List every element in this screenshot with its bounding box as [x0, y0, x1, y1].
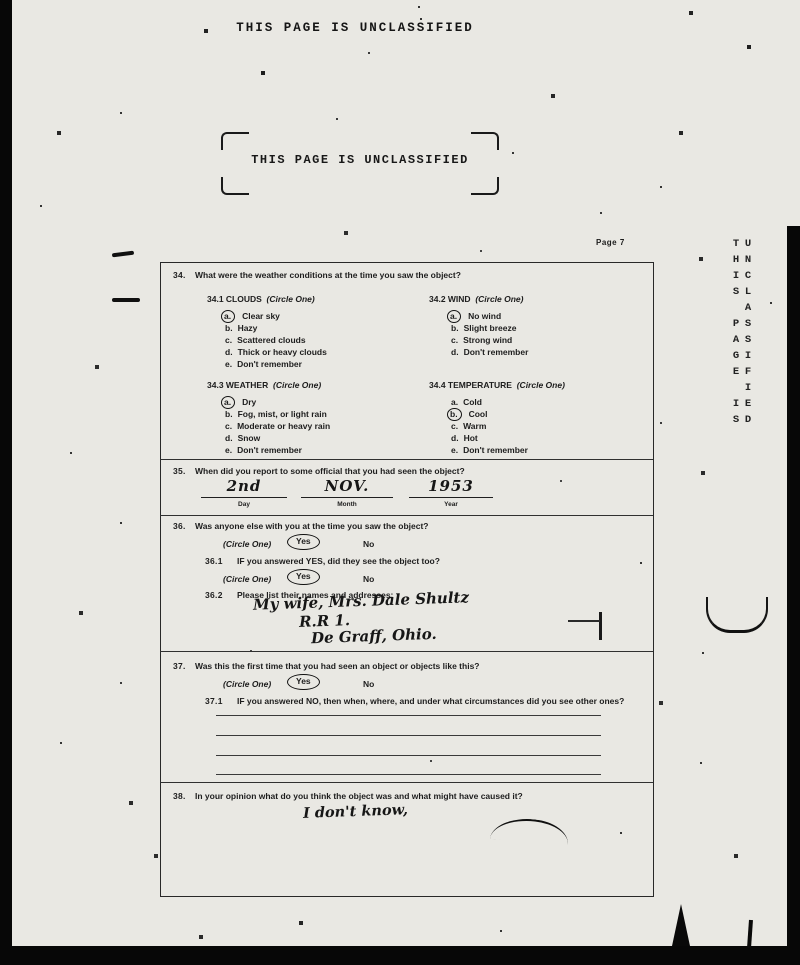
q37-circle-one-note: (Circle One) [223, 679, 271, 689]
option-letter: e. [225, 445, 232, 455]
q35-day-field: 2nd [201, 477, 287, 498]
page-number: Page 7 [596, 238, 625, 247]
side-unclassified-banner: THIS PAGE IS UNCLASSIFIED [730, 238, 754, 628]
option-text: Cool [469, 409, 488, 419]
option-temp-d: d.Hot [451, 433, 478, 443]
q35-text: When did you report to some official tha… [195, 466, 465, 476]
circle-one-note: (Circle One) [475, 294, 523, 304]
stray-pen-stroke [490, 815, 570, 847]
option-weather-b: b.Fog, mist, or light rain [225, 409, 327, 419]
option-text: Don't remember [237, 445, 302, 455]
margin-dash-mark [112, 298, 140, 302]
option-clouds-d: d.Thick or heavy clouds [225, 347, 327, 357]
q37-1-answer-line [216, 735, 601, 736]
option-wind-b: b.Slight breeze [451, 323, 516, 333]
option-temp-b: b.Cool [451, 409, 487, 420]
unclassified-stamp: THIS PAGE IS UNCLASSIFIED [221, 132, 499, 195]
option-text: Scattered clouds [237, 335, 306, 345]
option-letter: b. [451, 323, 459, 333]
option-weather-c: c.Moderate or heavy rain [225, 421, 330, 431]
option-text: Fog, mist, or light rain [238, 409, 327, 419]
q34-1-clouds-label: 34.1 CLOUDS (Circle One) [207, 294, 315, 304]
q34-2-wind-label: 34.2 WIND (Circle One) [429, 294, 524, 304]
option-text: Cold [463, 397, 482, 407]
option-letter: e. [225, 359, 232, 369]
option-text: Hazy [238, 323, 258, 333]
option-weather-e: e.Don't remember [225, 445, 302, 455]
q38-text: In your opinion what do you think the ob… [195, 791, 523, 801]
option-text: Don't remember [464, 347, 529, 357]
scan-blotch-bar [747, 920, 753, 948]
scan-edge-right [787, 226, 800, 965]
q35-day-handwriting: 2nd [227, 477, 262, 495]
option-letter: d. [225, 347, 233, 357]
option-text: No wind [468, 311, 501, 321]
q36-no: No [363, 539, 374, 549]
option-wind-c: c.Strong wind [451, 335, 512, 345]
option-letter-circled: a. [221, 310, 235, 323]
circle-one-note: (Circle One) [517, 380, 565, 390]
q38-number: 38. [173, 791, 186, 801]
option-text: Slight breeze [464, 323, 517, 333]
q36-1-number: 36.1 [205, 556, 223, 566]
scanned-document-page: THIS PAGE IS UNCLASSIFIED THIS PAGE IS U… [0, 0, 800, 965]
q36-1-text: IF you answered YES, did they see the ob… [237, 556, 440, 566]
option-temp-a: a.Cold [451, 397, 482, 407]
option-text: Thick or heavy clouds [238, 347, 327, 357]
section-divider [160, 459, 653, 460]
option-clouds-c: c.Scattered clouds [225, 335, 306, 345]
stamp-text: THIS PAGE IS UNCLASSIFIED [221, 153, 499, 167]
q36-2-number: 36.2 [205, 590, 223, 600]
option-text: Don't remember [237, 359, 302, 369]
option-clouds-b: b.Hazy [225, 323, 257, 333]
option-text: Snow [238, 433, 261, 443]
q35-month-field: NOV. [301, 477, 393, 498]
option-letter: c. [451, 335, 458, 345]
option-wind-a: a.No wind [451, 311, 501, 322]
q36-1-no: No [363, 574, 374, 584]
option-temp-e: e.Don't remember [451, 445, 528, 455]
option-letter: b. [225, 323, 233, 333]
q35-month-label: Month [301, 501, 393, 508]
q35-year-field: 1953 [409, 477, 493, 498]
option-letter-circled: a. [221, 396, 235, 409]
q36-1-yes-circled: Yes [287, 569, 320, 585]
q34-text: What were the weather conditions at the … [195, 270, 461, 280]
option-weather-d: d.Snow [225, 433, 260, 443]
q35-number: 35. [173, 466, 186, 476]
option-letter: e. [451, 445, 458, 455]
q35-day-label: Day [201, 501, 287, 508]
stamp-corner [471, 177, 499, 195]
circle-one-note: (Circle One) [273, 380, 321, 390]
scan-noise-speckles [0, 0, 2, 2]
q37-1-answer-line [216, 755, 601, 756]
top-unclassified-banner: THIS PAGE IS UNCLASSIFIED [110, 21, 600, 35]
q35-month-handwriting: NOV. [325, 477, 370, 495]
option-letter: d. [451, 347, 459, 357]
option-text: Warm [463, 421, 486, 431]
q37-yes-circled: Yes [287, 674, 320, 690]
q36-number: 36. [173, 521, 186, 531]
stamp-corner [221, 132, 249, 150]
label: 34.3 WEATHER [207, 380, 268, 390]
q36-text: Was anyone else with you at the time you… [195, 521, 428, 531]
margin-dash-mark [112, 251, 134, 258]
option-letter: c. [225, 421, 232, 431]
stamp-corner [471, 132, 499, 150]
section-divider [160, 515, 653, 516]
label: 34.2 WIND [429, 294, 471, 304]
q37-1-number: 37.1 [205, 696, 223, 706]
option-temp-c: c.Warm [451, 421, 486, 431]
option-letter-circled: a. [447, 310, 461, 323]
q34-3-weather-label: 34.3 WEATHER (Circle One) [207, 380, 321, 390]
q34-4-temperature-label: 34.4 TEMPERATURE (Circle One) [429, 380, 565, 390]
option-letter: a. [451, 397, 458, 407]
q35-year-handwriting: 1953 [428, 477, 474, 495]
q34-number: 34. [173, 270, 186, 280]
q38-handwriting: I don't know, [303, 801, 409, 822]
option-letter: c. [451, 421, 458, 431]
questionnaire-form: 34. What were the weather conditions at … [160, 262, 654, 897]
option-clouds-e: e.Don't remember [225, 359, 302, 369]
option-text: Moderate or heavy rain [237, 421, 330, 431]
option-text: Hot [464, 433, 478, 443]
q36-2-handwriting-line3: De Graff, Ohio. [311, 625, 437, 647]
label: 34.1 CLOUDS [207, 294, 262, 304]
option-letter: d. [451, 433, 459, 443]
option-letter: c. [225, 335, 232, 345]
q36-yes-circled: Yes [287, 534, 320, 550]
q35-year-label: Year [409, 501, 493, 508]
section-divider [160, 782, 653, 783]
q37-1-answer-line [216, 774, 601, 775]
circle-one-note: (Circle One) [267, 294, 315, 304]
q37-1-text: IF you answered NO, then when, where, an… [237, 696, 624, 706]
option-letter-circled: b. [447, 408, 462, 421]
q36-circle-one-note: (Circle One) [223, 539, 271, 549]
option-text: Strong wind [463, 335, 512, 345]
q36-1-circle-one-note: (Circle One) [223, 574, 271, 584]
option-letter: d. [225, 433, 233, 443]
q37-no: No [363, 679, 374, 689]
option-text: Don't remember [463, 445, 528, 455]
option-letter: b. [225, 409, 233, 419]
option-text: Dry [242, 397, 256, 407]
q37-1-answer-line [216, 715, 601, 716]
option-text: Clear sky [242, 311, 280, 321]
q37-text: Was this the first time that you had see… [195, 661, 480, 671]
scan-edge-left [0, 0, 12, 965]
q37-number: 37. [173, 661, 186, 671]
scan-blotch-triangle [672, 904, 690, 946]
option-wind-d: d.Don't remember [451, 347, 528, 357]
option-clouds-a: a.Clear sky [225, 311, 280, 322]
stamp-corner [221, 177, 249, 195]
section-divider [160, 651, 653, 652]
scan-edge-bottom [0, 946, 800, 965]
label: 34.4 TEMPERATURE [429, 380, 512, 390]
option-weather-a: a.Dry [225, 397, 256, 408]
